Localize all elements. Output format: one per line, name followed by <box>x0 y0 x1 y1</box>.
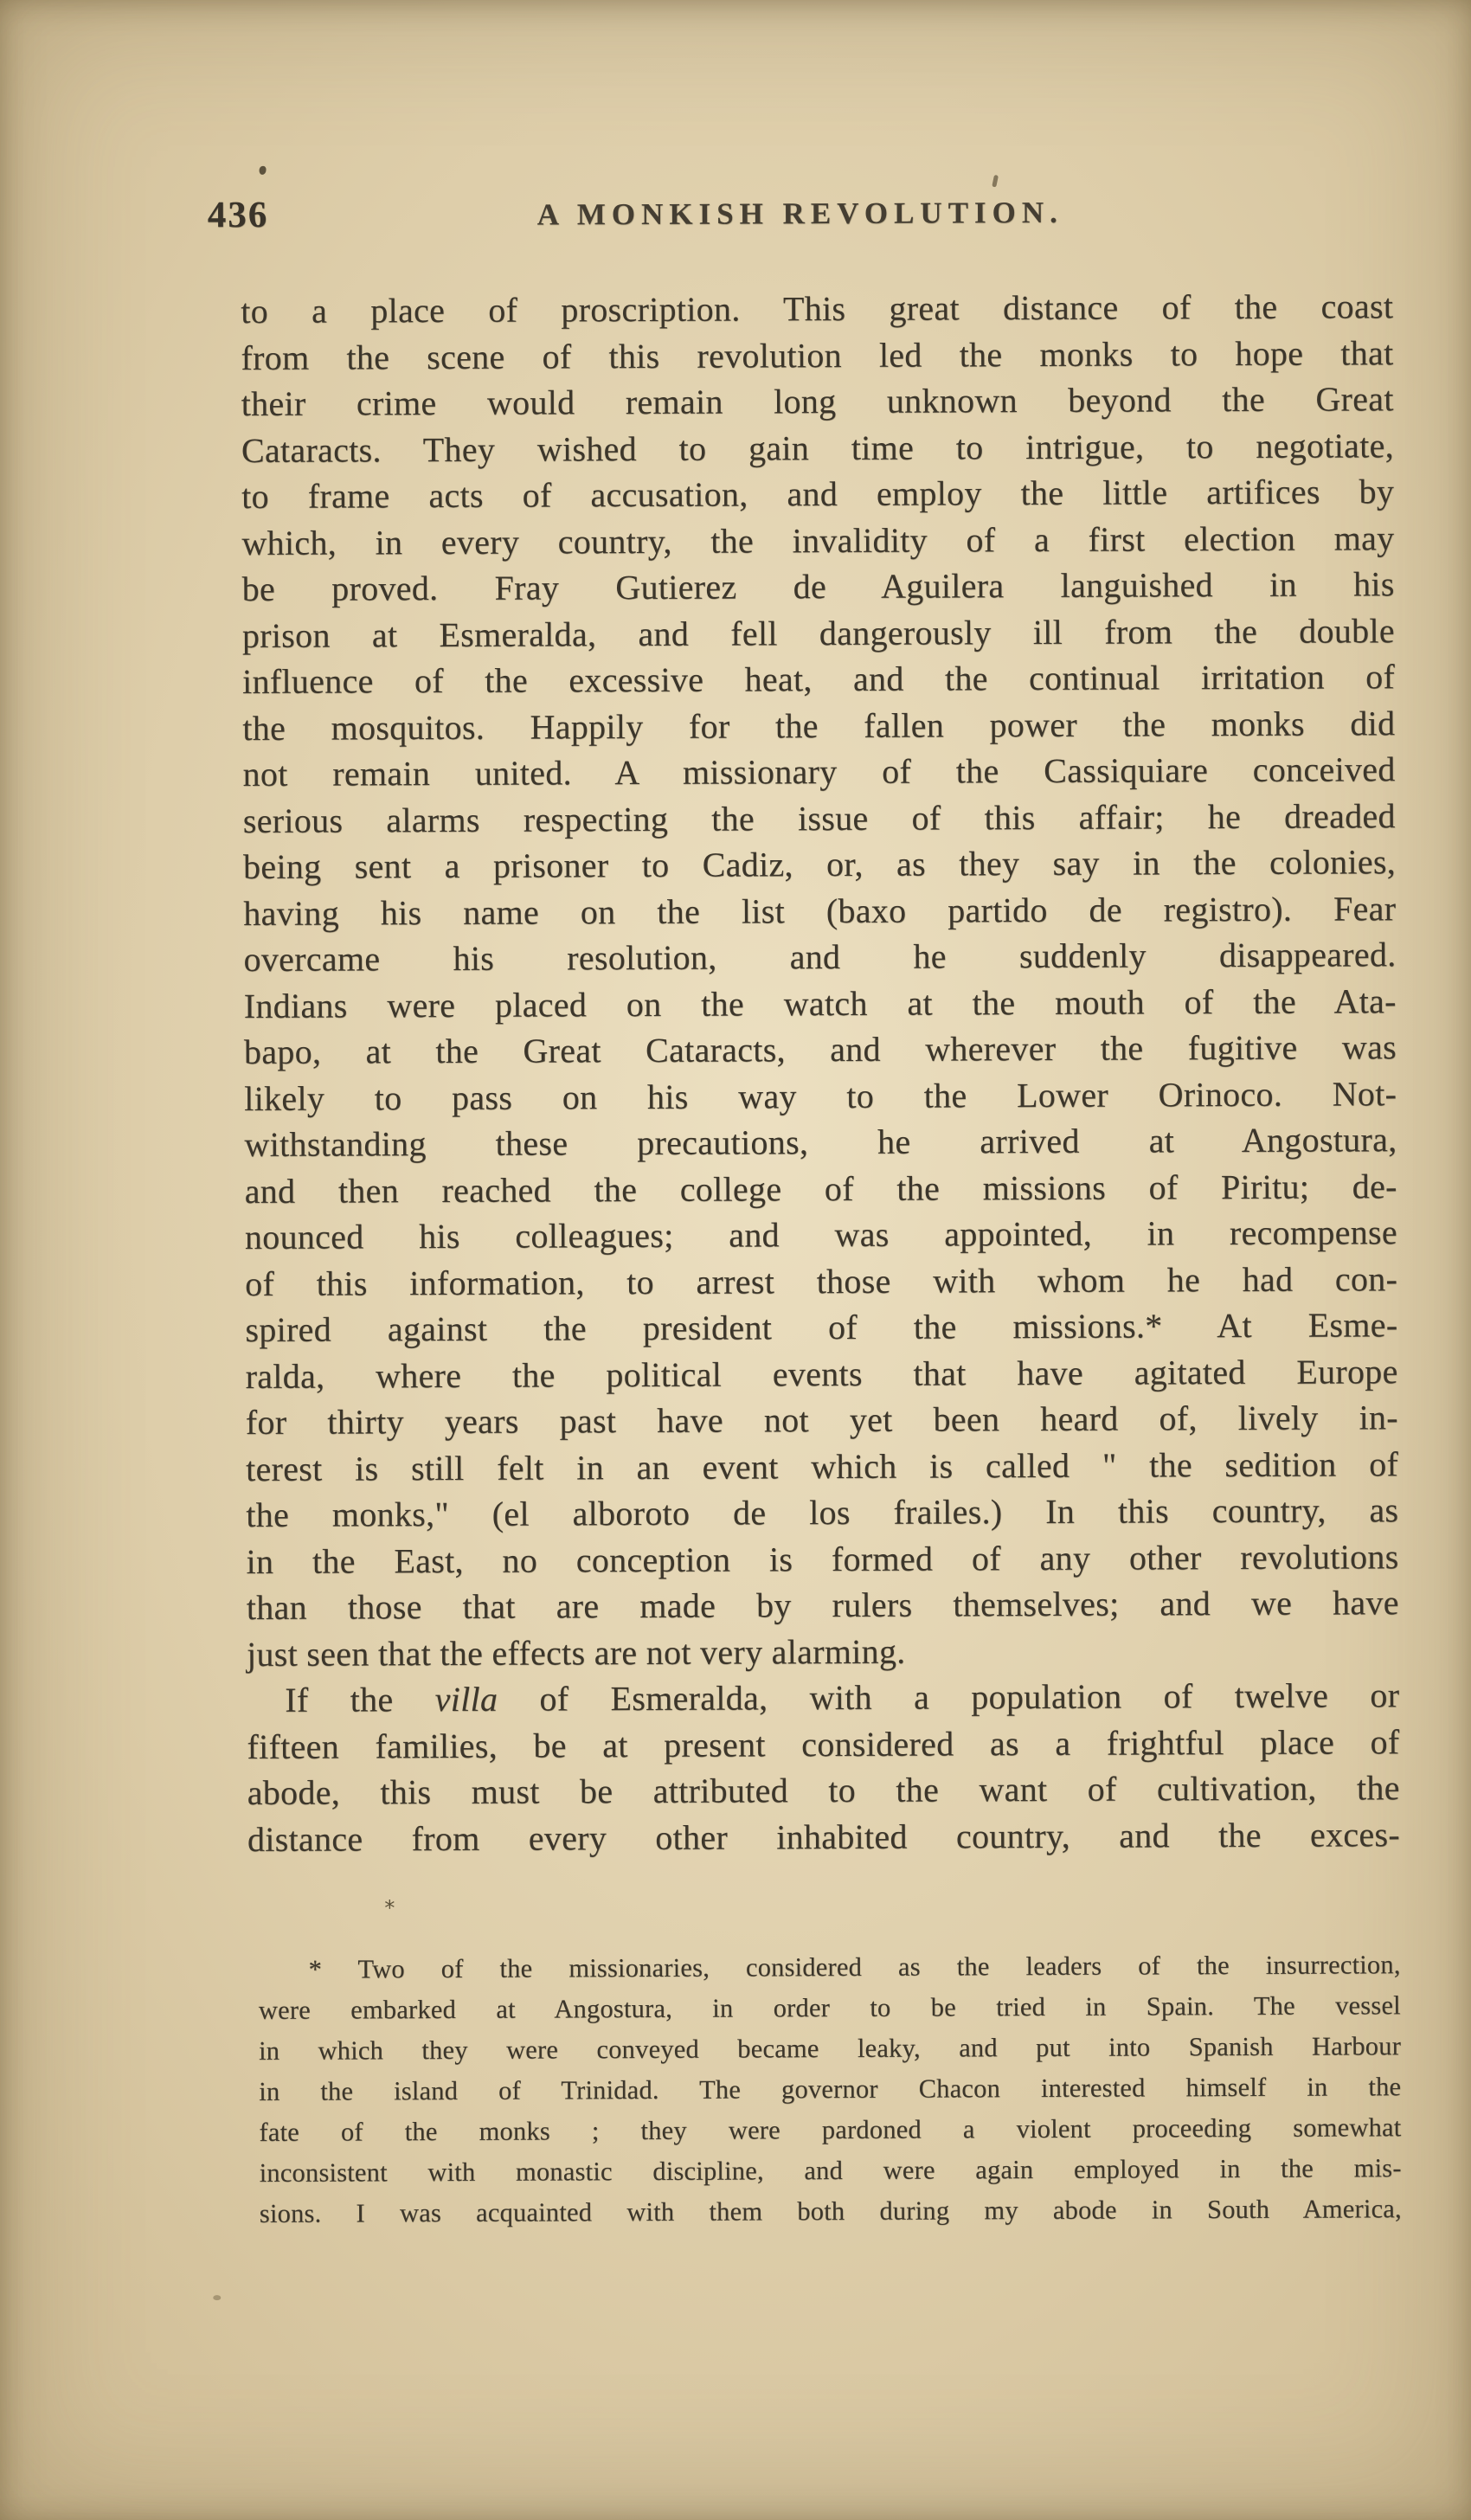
footnote: * Two of the missionaries, considered as… <box>259 1945 1402 2234</box>
text-line: distance from every other inhabited coun… <box>247 1811 1400 1862</box>
text-line: nounced his colleagues; and was appointe… <box>245 1209 1397 1260</box>
text-segment: overcame his resolution, and he suddenly… <box>243 935 1396 979</box>
text-line: which, in every country, the invalidity … <box>241 515 1394 566</box>
text-line: overcame his resolution, and he suddenly… <box>243 931 1396 982</box>
text-line: Indians were placed on the watch at the … <box>244 978 1397 1029</box>
ink-speck <box>213 2295 221 2300</box>
text-segment: of Esmeralda, with a population of twelv… <box>498 1675 1399 1719</box>
text-line: having his name on the list (baxo partid… <box>243 885 1396 936</box>
text-segment: If the <box>285 1680 435 1720</box>
italic-text: villa <box>435 1680 498 1719</box>
running-head: 436 A MONKISH REVOLUTION. <box>208 189 1393 246</box>
text-line: serious alarms respecting the issue of t… <box>243 793 1396 844</box>
text-segment: the monks," (el alboroto de los frailes.… <box>246 1490 1398 1534</box>
text-segment: their crime would remain long unknown be… <box>241 379 1394 423</box>
text-line: from the scene of this revolution led th… <box>241 330 1393 381</box>
text-segment: and then reached the college of the miss… <box>245 1167 1397 1211</box>
text-segment: * Two of the missionaries, considered as… <box>309 1950 1401 1984</box>
text-segment: to a place of proscription. This great d… <box>241 286 1393 331</box>
text-line: the mosquitos. Happily for the fallen po… <box>242 700 1395 751</box>
text-line: of this information, to arrest those wit… <box>245 1256 1397 1307</box>
book-page: 436 A MONKISH REVOLUTION. to a place of … <box>0 0 1471 2520</box>
text-segment: withstanding these precautions, he arriv… <box>244 1120 1397 1164</box>
text-line: the monks," (el alboroto de los frailes.… <box>246 1487 1398 1538</box>
text-segment: which, in every country, the invalidity … <box>241 518 1394 562</box>
text-segment: terest is still felt in an event which i… <box>246 1444 1398 1488</box>
text-segment: be proved. Fray Gutierez de Aguilera lan… <box>242 564 1395 608</box>
text-line: inconsistent with monastic discipline, a… <box>260 2148 1402 2194</box>
text-line: not remain united. A missionary of the C… <box>242 746 1395 797</box>
text-segment: bapo, at the Great Cataracts, and wherev… <box>244 1027 1397 1071</box>
text-line: to frame acts of accusation, and employ … <box>241 468 1394 519</box>
text-line: ralda, where the political events that h… <box>246 1348 1398 1399</box>
text-segment: in the island of Trinidad. The governor … <box>259 2072 1401 2106</box>
scanned-page-content: 436 A MONKISH REVOLUTION. to a place of … <box>0 0 1471 2520</box>
text-line: in which they were conveyed became leaky… <box>259 2026 1401 2072</box>
text-segment: spired against the president of the miss… <box>245 1305 1397 1349</box>
text-segment: in which they were conveyed became leaky… <box>259 2031 1401 2066</box>
text-line: Cataracts. They wished to gain time to i… <box>241 422 1394 473</box>
text-line: spired against the president of the miss… <box>245 1302 1397 1353</box>
text-line: their crime would remain long unknown be… <box>241 376 1394 427</box>
text-segment: fifteen families, be at present consider… <box>247 1722 1399 1766</box>
text-segment: for thirty years past have not yet been … <box>246 1398 1398 1442</box>
ink-speck <box>992 175 999 188</box>
text-line: just seen that the effects are not very … <box>247 1626 1399 1677</box>
text-segment: than those that are made by rulers thems… <box>247 1583 1399 1627</box>
text-segment: likely to pass on his way to the Lower O… <box>244 1074 1397 1118</box>
text-line: terest is still felt in an event which i… <box>246 1441 1398 1492</box>
text-segment: having his name on the list (baxo partid… <box>243 889 1396 933</box>
text-line: sions. I was acquainted with them both d… <box>260 2189 1402 2234</box>
text-line: abode, this must be attributed to the wa… <box>247 1765 1400 1816</box>
ink-speck: ⁎ <box>384 1898 394 1907</box>
text-line: bapo, at the Great Cataracts, and wherev… <box>244 1024 1397 1075</box>
body-text: to a place of proscription. This great d… <box>241 283 1400 1862</box>
text-segment: fate of the monks ; they were pardoned a… <box>259 2112 1401 2147</box>
text-line: than those that are made by rulers thems… <box>247 1579 1399 1630</box>
text-line: likely to pass on his way to the Lower O… <box>244 1070 1397 1122</box>
ink-speck <box>260 166 267 175</box>
paragraph: to a place of proscription. This great d… <box>241 283 1399 1677</box>
text-line: If the villa of Esmeralda, with a popula… <box>247 1672 1399 1723</box>
text-line: influence of the excessive heat, and the… <box>242 653 1395 704</box>
text-segment: serious alarms respecting the issue of t… <box>243 796 1396 840</box>
text-segment: Indians were placed on the watch at the … <box>244 981 1397 1025</box>
text-line: were embarked at Angostura, in order to … <box>259 1985 1401 2031</box>
text-line: fate of the monks ; they were pardoned a… <box>259 2107 1401 2153</box>
text-segment: to frame acts of accusation, and employ … <box>241 472 1394 516</box>
text-line: in the island of Trinidad. The governor … <box>259 2067 1401 2112</box>
text-segment: prison at Esmeralda, and fell dangerousl… <box>242 611 1395 655</box>
text-segment: nounced his colleagues; and was appointe… <box>245 1212 1397 1257</box>
text-line: withstanding these precautions, he arriv… <box>244 1116 1397 1167</box>
text-line: * Two of the missionaries, considered as… <box>259 1945 1401 1990</box>
text-segment: being sent a prisoner to Cadiz, or, as t… <box>243 842 1396 886</box>
text-line: being sent a prisoner to Cadiz, or, as t… <box>243 839 1396 890</box>
text-segment: distance from every other inhabited coun… <box>247 1815 1400 1859</box>
running-title: A MONKISH REVOLUTION. <box>537 196 1063 233</box>
text-segment: just seen that the effects are not very … <box>247 1631 906 1673</box>
text-segment: were embarked at Angostura, in order to … <box>259 1990 1401 2025</box>
text-segment: ralda, where the political events that h… <box>246 1352 1398 1396</box>
text-line: be proved. Fray Gutierez de Aguilera lan… <box>242 561 1395 612</box>
text-segment: in the East, no conception is formed of … <box>246 1537 1398 1581</box>
text-line: fifteen families, be at present consider… <box>247 1719 1399 1770</box>
text-segment: inconsistent with monastic discipline, a… <box>260 2153 1402 2188</box>
page-number: 436 <box>208 194 269 236</box>
text-line: to a place of proscription. This great d… <box>241 283 1393 334</box>
text-line: and then reached the college of the miss… <box>245 1163 1397 1214</box>
text-segment: from the scene of this revolution led th… <box>241 333 1393 377</box>
text-segment: sions. I was acquainted with them both d… <box>260 2194 1402 2228</box>
text-segment: not remain united. A missionary of the C… <box>242 749 1395 794</box>
text-segment: abode, this must be attributed to the wa… <box>247 1768 1400 1812</box>
text-segment: Cataracts. They wished to gain time to i… <box>241 426 1394 470</box>
text-line: prison at Esmeralda, and fell dangerousl… <box>242 607 1395 659</box>
text-line: for thirty years past have not yet been … <box>246 1394 1398 1445</box>
text-line: in the East, no conception is formed of … <box>246 1533 1398 1585</box>
paragraph: If the villa of Esmeralda, with a popula… <box>247 1672 1400 1862</box>
text-segment: influence of the excessive heat, and the… <box>242 657 1395 701</box>
text-segment: the mosquitos. Happily for the fallen po… <box>242 704 1395 748</box>
text-segment: of this information, to arrest those wit… <box>245 1259 1397 1303</box>
